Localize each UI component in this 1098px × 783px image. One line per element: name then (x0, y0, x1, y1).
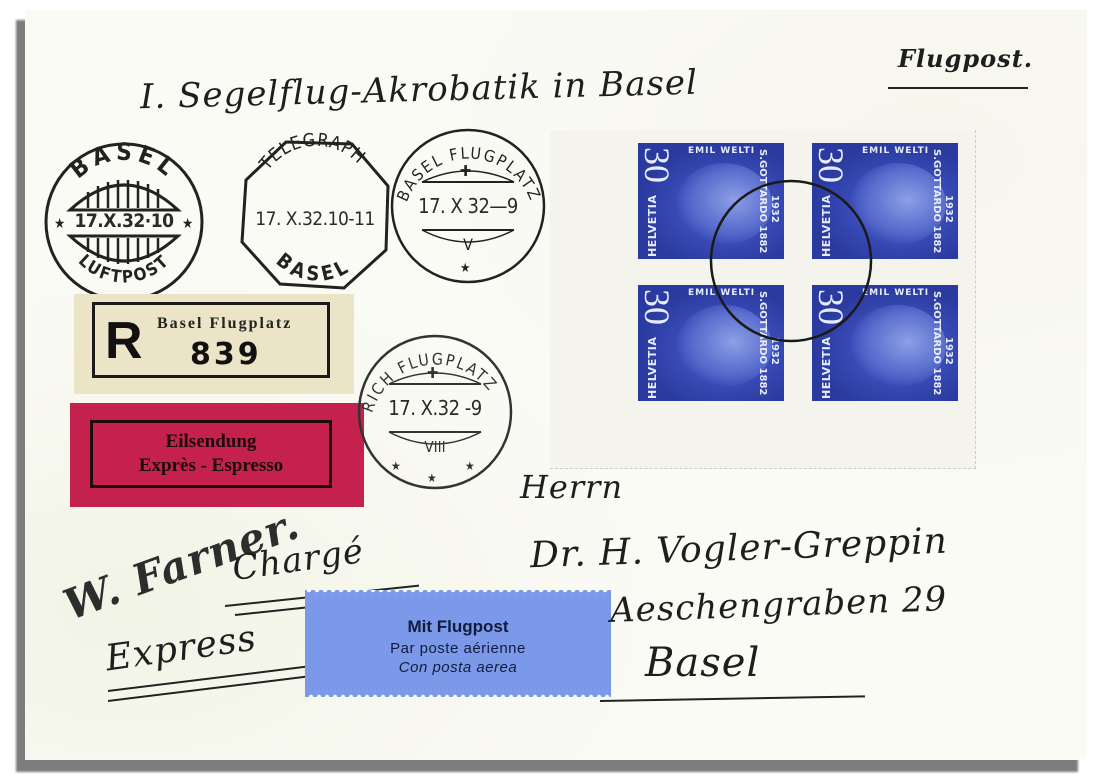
svg-text:V: V (463, 235, 473, 254)
registration-letter: R (105, 315, 143, 367)
postmark-basel-luftpost: ★ ★ BASEL LUFTPOST 17.X.32·10 (42, 140, 206, 304)
stamp-value: 30 (638, 147, 678, 183)
airmail-label: Mit Flugpost Par poste aérienne Con post… (305, 590, 611, 697)
postmark-zurich-flugplatz: ✚ ★ ★ ★ RICH FLUGPLATZ VIII 17. X.32 -9 (355, 332, 515, 492)
svg-text:BASEL: BASEL (64, 138, 183, 184)
stamp-country: HELVETIA (646, 337, 659, 399)
express-line-1: Eilsendung (166, 430, 257, 454)
postmark-top-text: BASEL (64, 138, 183, 184)
address-salutation: Herrn (520, 468, 623, 506)
stamp-year: 1932 (943, 337, 954, 365)
route-note: Flugpost. (898, 44, 1033, 73)
stamp-value: 30 (638, 289, 678, 325)
postmark-bottom-text: LUFTPOST (74, 251, 174, 288)
stamp-year: 1932 (943, 195, 954, 223)
postmark-telegraph-basel: TELEGRAPH BASEL 17. X.32.10-11 (240, 138, 390, 290)
express-label: Eilsendung Exprès - Espresso (70, 403, 364, 507)
address-city: Basel (645, 640, 760, 686)
airmail-line-2: Par poste aérienne (390, 640, 526, 657)
registration-label: R Basel Flugplatz 839 (74, 294, 354, 394)
stamp-event: S.GOTTARDO 1882 (931, 291, 942, 395)
stamp-portrait-name: EMIL WELTI (688, 146, 755, 156)
registration-office: Basel Flugplatz (157, 315, 292, 333)
route-note-underline (888, 87, 1028, 89)
postmark-basel-flugplatz: ✚ ★ BASEL FLUGPLATZ V 17. X 32—9 (388, 126, 548, 286)
stamp-country: HELVETIA (646, 195, 659, 257)
svg-text:LUFTPOST: LUFTPOST (74, 251, 174, 288)
stamp-portrait-name: EMIL WELTI (862, 146, 929, 156)
postmark-date: 17.X.32·10 (42, 210, 206, 232)
registration-number: 839 (190, 337, 262, 372)
postmark-date: 17. X.32.10-11 (240, 208, 390, 230)
svg-text:BASEL: BASEL (272, 248, 355, 286)
express-line-2: Exprès - Espresso (139, 454, 283, 478)
stamp-country: HELVETIA (820, 337, 833, 399)
svg-text:VIII: VIII (424, 438, 445, 456)
airmail-line-1: Mit Flugpost (407, 617, 508, 637)
postmark-date: 17. X 32—9 (388, 194, 548, 218)
stamp-event: S.GOTTARDO 1882 (931, 149, 942, 253)
postmark-date: 17. X.32 -9 (355, 396, 515, 420)
airmail-line-3: Con posta aerea (399, 659, 517, 676)
postmark-stamp-tie (708, 178, 874, 344)
